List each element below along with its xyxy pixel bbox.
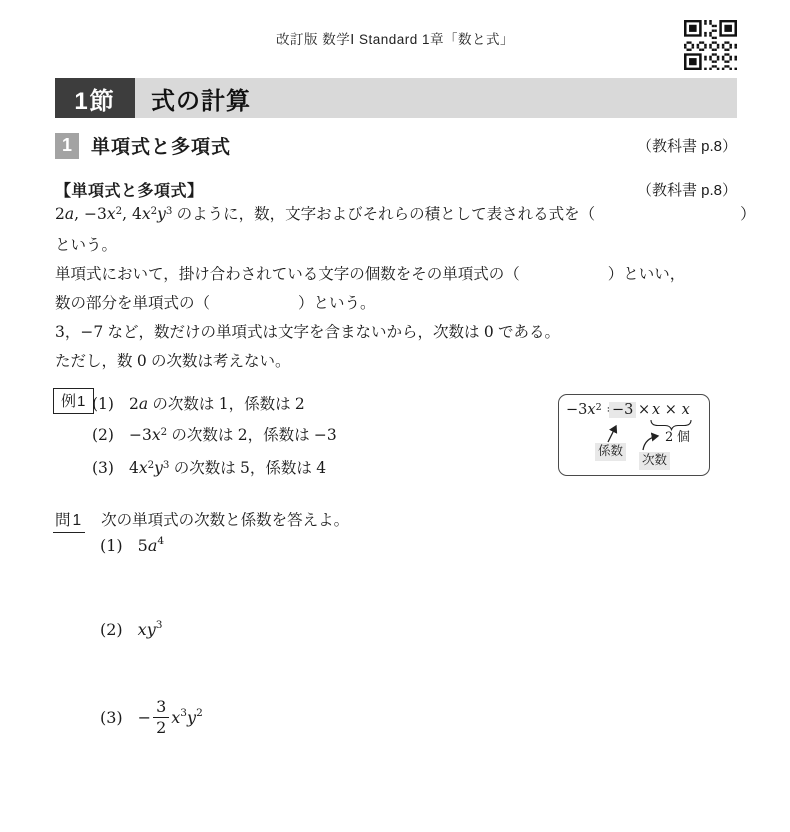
definition-line: ただし，数 0 の次数は考えない。 xyxy=(55,347,755,376)
subsection-number-badge: 1 xyxy=(55,133,79,159)
definition-line: 数の部分を単項式の（）という。 xyxy=(55,289,755,318)
subsection-title: 単項式と多項式 xyxy=(91,132,231,159)
section-number-badge: 1節 xyxy=(55,78,135,118)
section-banner: 1節 式の計算 xyxy=(55,78,737,118)
definition-heading: 【単項式と多項式】 xyxy=(55,178,204,201)
document-header: 改訂版 数学Ⅰ Standard 1章「数と式」 xyxy=(0,28,790,48)
problem-prompt: 次の単項式の次数と係数を答えよ。 xyxy=(101,512,349,529)
degree-arrow xyxy=(643,436,658,450)
diagram-count-label: 2 個 xyxy=(665,426,690,445)
coefficient-degree-diagram: −3x2 = −3 × x × x 2 個 係数 次数 xyxy=(558,394,710,476)
coefficient-label: 係数 xyxy=(595,443,626,461)
subsection-heading-row: 1 単項式と多項式 （教科書 p.8） xyxy=(55,132,737,159)
problem-label: 問1 xyxy=(53,512,85,533)
qr-code-icon xyxy=(684,20,737,70)
problem-item-2: (2)xy3 xyxy=(100,620,162,639)
example-items: (1)2a の次数は 1，係数は 2 (2)−3x2 の次数は 2，係数は −3… xyxy=(92,389,337,486)
definition-line: 2a, −3x2, 4x2y3 のように，数，文字およびそれらの積として表される… xyxy=(55,200,755,231)
problem-item-3: (3)−32x3y2 xyxy=(100,698,203,738)
textbook-reference: （教科書 p.8） xyxy=(637,179,737,200)
example-item: (2)−3x2 の次数は 2，係数は −3 xyxy=(92,420,337,453)
example-item: (1)2a の次数は 1，係数は 2 xyxy=(92,389,337,420)
definition-line: 単項式において，掛け合わされている文字の個数をその単項式の（）といい， xyxy=(55,260,755,289)
problem-item-1: (1)5a4 xyxy=(100,536,164,555)
section-banner-title: 式の計算 xyxy=(151,81,251,116)
problem-heading-row: 問1次の単項式の次数と係数を答えよ。 xyxy=(53,508,349,530)
example-item: (3)4x2y3 の次数は 5，係数は 4 xyxy=(92,453,337,486)
degree-label: 次数 xyxy=(639,452,670,470)
definition-line: 3，−7 など，数だけの単項式は文字を含まないから，次数は 0 である。 xyxy=(55,318,755,347)
definition-heading-row: 【単項式と多項式】 （教科書 p.8） xyxy=(55,178,737,201)
definition-body: 2a, −3x2, 4x2y3 のように，数，文字およびそれらの積として表される… xyxy=(55,200,755,376)
coefficient-arrow xyxy=(608,426,616,442)
definition-line: という。 xyxy=(55,231,755,260)
textbook-reference: （教科書 p.8） xyxy=(637,135,737,156)
worksheet-page: 改訂版 数学Ⅰ Standard 1章「数と式」 1節 式の計算 1 単項式と多… xyxy=(0,0,790,832)
example-label: 例1 xyxy=(53,388,94,414)
